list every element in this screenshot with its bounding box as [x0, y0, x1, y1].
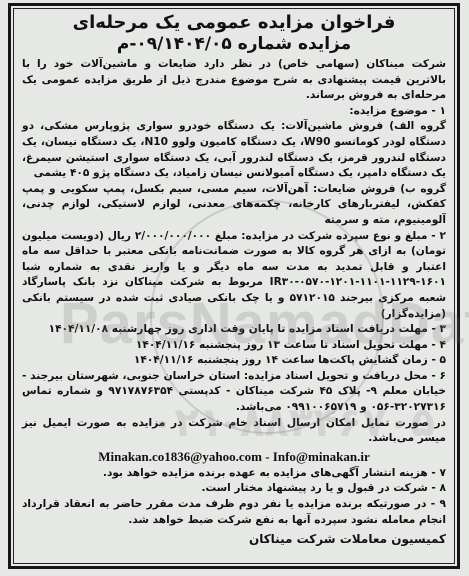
signature: کمیسیون معاملات شرکت میناکان: [22, 530, 446, 548]
notice-number: مزایده شماره ۰۹/۱۴۰۴/۰۵-م: [22, 34, 446, 55]
group-a-paragraph: گروه الف) فروش ماشین‌آلات: یک دستگاه خود…: [22, 119, 446, 181]
email-note: در صورت تمایل امکان ارسال اسناد خام شرکت…: [22, 416, 446, 447]
section-2-heading: ۲ - مبلغ و نوع سپرده شرکت در مزایده:: [241, 230, 446, 242]
intro-paragraph: شرکت میناکان (سهامی خاص) در نظر دارد ضای…: [22, 57, 446, 104]
section-1-heading: ۱ - موضوع مزایده:: [22, 104, 446, 120]
section-2-text: مبلغ ۲/۰۰۰/۰۰۰/۰۰۰ ریال (دویست میلیون تو…: [22, 230, 446, 320]
group-b-heading: گروه ب) فروش ضایعات:: [313, 183, 446, 195]
notice-title: فراخوان مزایده عمومی یک مرحله‌ای: [22, 12, 446, 34]
contact-emails[interactable]: Minakan.co1836@yahoo.com - Info@minakan.…: [22, 448, 446, 465]
group-b-paragraph: گروه ب) فروش ضایعات: آهن‌آلات، سیم مسی، …: [22, 182, 446, 229]
section-6-heading: ۶ - محل دریافت و تحویل اسناد مزایده:: [244, 370, 446, 382]
section-7: ۷ - هزینه انتشار آگهی‌های مزایده به عهده…: [22, 466, 446, 482]
section-3-deadline-receive: ۳ - مهلت دریافت اسناد مزایده تا پایان وق…: [22, 322, 446, 338]
section-2-paragraph: ۲ - مبلغ و نوع سپرده شرکت در مزایده: مبل…: [22, 229, 446, 323]
section-5-opening-time: ۵ - زمان گشایش پاکت‌ها ساعت ۱۴ روز پنجشن…: [22, 353, 446, 369]
auction-notice: فراخوان مزایده عمومی یک مرحله‌ای مزایده …: [13, 8, 455, 564]
section-6-paragraph: ۶ - محل دریافت و تحویل اسناد مزایده: است…: [22, 369, 446, 416]
section-9: ۹ - در صورتیکه برنده مزایده یا نفر دوم ظ…: [22, 497, 446, 528]
section-4-deadline-deliver: ۴ - مهلت تحویل اسناد تا ساعت ۱۳ روز پنجش…: [22, 338, 446, 354]
group-a-heading: گروه الف) فروش ماشین‌آلات:: [281, 120, 446, 132]
section-8: ۸ - شرکت در قبول و یا رد پیشنهاد مختار ا…: [22, 481, 446, 497]
